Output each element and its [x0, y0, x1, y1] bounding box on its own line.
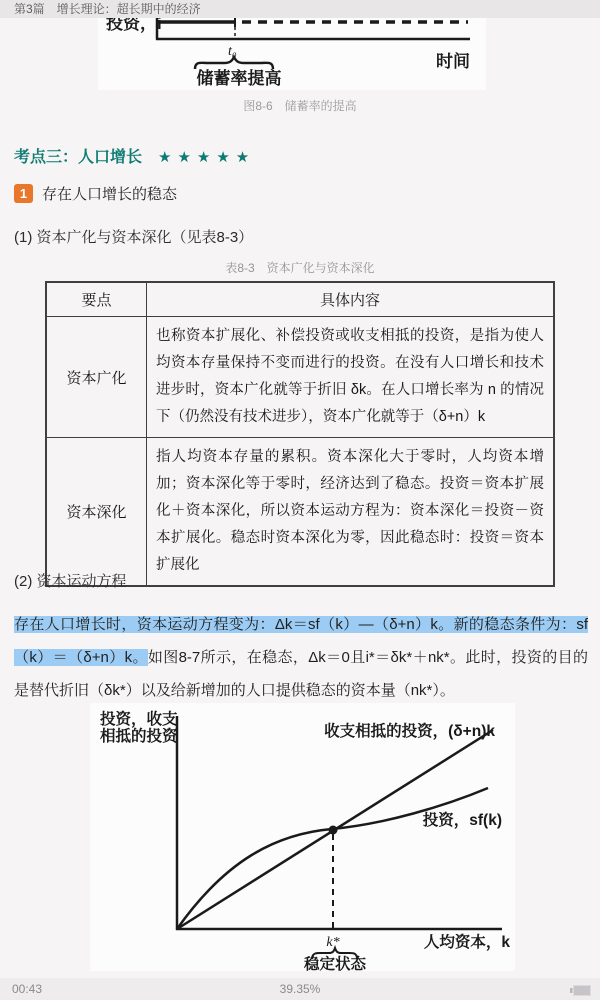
table-row: 资本广化 也称资本扩展化、补偿投资或收支相抵的投资，是指为使人均资本存量保持不变…: [46, 317, 554, 438]
table-header-key: 要点: [46, 282, 147, 317]
figure-8-6-plot: 投资，i t₀ 储蓄率提高 时间: [98, 18, 486, 90]
fig86-t0-label: t₀: [228, 44, 237, 59]
fig87-steady-state-point: [329, 826, 338, 835]
fig86-y-axis-label: 投资，i: [106, 18, 162, 34]
point-1-number-badge: 1: [14, 184, 33, 203]
section-heading-text: 考点三：人口增长: [14, 149, 142, 166]
reader-status-bar: 00:43 39.35%: [0, 978, 600, 1000]
section-heading: 考点三：人口增长★★★★★: [14, 144, 255, 167]
fig86-brace-label: 储蓄率提高: [197, 68, 282, 88]
reading-progress: 39.35%: [0, 982, 600, 996]
table-row-key: 资本深化: [46, 438, 147, 587]
chapter-title: 第3篇 增长理论：超长期中的经济: [14, 2, 201, 16]
table-8-3: 要点 具体内容 资本广化 也称资本扩展化、补偿投资或收支相抵的投资，是指为使人均…: [45, 281, 555, 587]
fig87-breakeven-label: 收支相抵的投资，(δ+n)k: [324, 721, 495, 741]
fig87-brace-label: 稳定状态: [303, 954, 367, 971]
body-paragraph: 存在人口增长时，资本运动方程变为：Δk＝sf（k）—（δ+n）k。新的稳态条件为…: [14, 608, 588, 707]
table-row-key: 资本广化: [46, 317, 147, 438]
figure-8-6: 投资，i t₀ 储蓄率提高 时间: [98, 18, 486, 90]
subheading-2: (2) 资本运动方程: [14, 570, 127, 591]
battery-icon: [570, 985, 591, 996]
subheading-1: (1) 资本广化与资本深化（见表8-3）: [14, 226, 253, 247]
fig87-x-axis-label: 人均资本，k: [424, 932, 511, 952]
table-8-3-caption: 表8-3 资本广化与资本深化: [0, 259, 600, 276]
chapter-header: 第3篇 增长理论：超长期中的经济: [0, 0, 600, 18]
point-1-title: 存在人口增长的稳态: [42, 183, 177, 204]
figure-8-7: 投资，收支 相抵的投资 收支相抵的投资，(δ+n)k 投资，sf(k) k* 稳…: [90, 703, 515, 971]
fig86-x-axis-label: 时间: [436, 51, 470, 71]
point-1: 1 存在人口增长的稳态: [14, 183, 177, 204]
table-row-content: 也称资本扩展化、补偿投资或收支相抵的投资，是指为使人均资本存量保持不变而进行的投…: [147, 317, 555, 438]
figure-8-6-caption: 图8-6 储蓄率的提高: [0, 97, 600, 114]
reader-page: 第3篇 增长理论：超长期中的经济 投资，i t₀ 储蓄率提高 时间 图8-6 储…: [0, 0, 600, 1000]
star-rating: ★★★★★: [158, 149, 255, 166]
table-row-content: 指人均资本存量的累积。资本深化大于零时，人均资本增加；资本深化等于零时，经济达到…: [147, 438, 555, 587]
table-row: 资本深化 指人均资本存量的累积。资本深化大于零时，人均资本增加；资本深化等于零时…: [46, 438, 554, 587]
fig86-brace: [195, 57, 273, 69]
fig87-y-axis-label-line1: 投资，收支: [100, 709, 178, 729]
fig87-investment-label: 投资，sf(k): [423, 810, 502, 830]
table-header-row: 要点 具体内容: [46, 282, 554, 317]
fig87-kstar-label: k*: [326, 935, 339, 950]
table-header-content: 具体内容: [147, 282, 555, 317]
fig87-y-axis-label-line2: 相抵的投资: [100, 726, 178, 745]
figure-8-7-plot: 投资，收支 相抵的投资 收支相抵的投资，(δ+n)k 投资，sf(k) k* 稳…: [90, 703, 515, 971]
